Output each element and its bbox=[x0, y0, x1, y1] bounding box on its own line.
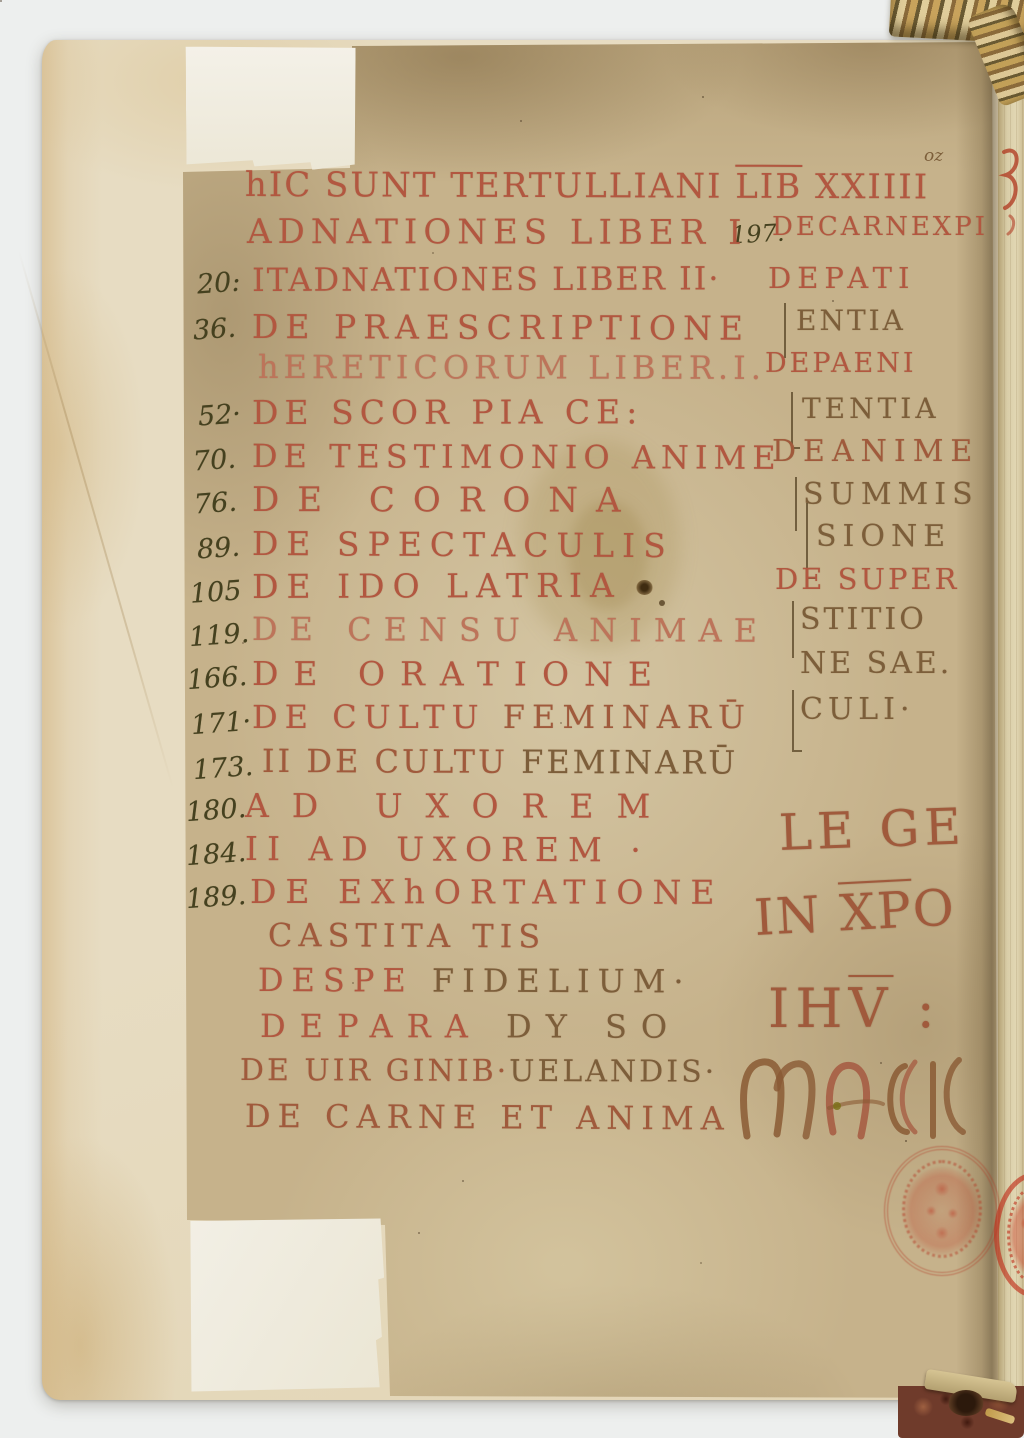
text-segment: DE CENSU ANIMAE bbox=[252, 610, 769, 650]
folio-number: 166. bbox=[186, 663, 248, 694]
text-segment: ADNATIONES LIBER I bbox=[247, 212, 748, 253]
text-segment: II DE CULTU bbox=[262, 742, 521, 781]
marginal-inscription: LE GE bbox=[778, 801, 967, 857]
right-margin-gloss: DEPAENI bbox=[765, 350, 917, 377]
manuscript-photo: oz 197. hIC SUNT TERTULLIANI LIB XXIIIIA… bbox=[0, 0, 1024, 1438]
text-segment: DE ORATIONE bbox=[252, 654, 667, 694]
right-margin-gloss: DEANIME bbox=[772, 437, 979, 467]
text-segment: CULI· bbox=[800, 692, 915, 727]
text-segment: DE CORONA bbox=[252, 480, 639, 521]
text-segment: FIDELIUM· bbox=[432, 962, 692, 1001]
text-segment: II AD UXOREM · bbox=[245, 829, 650, 869]
toc-entry-line: AD UXOREM bbox=[245, 789, 673, 823]
toc-entry-line: DE PRAESCRIPTIONE bbox=[252, 310, 750, 345]
library-stamp bbox=[884, 1146, 1000, 1276]
text-segment: DE CARNE ET ANIMA bbox=[245, 1097, 731, 1138]
tie-bracket bbox=[795, 477, 797, 531]
right-margin-gloss: TENTIA bbox=[802, 395, 940, 423]
text-segment: FEMINARŪ bbox=[503, 698, 752, 736]
folio-number: 171· bbox=[190, 708, 252, 739]
toc-entry-line: DE CARNE ET ANIMA bbox=[245, 1100, 731, 1135]
folio-number: 173. bbox=[192, 753, 254, 784]
text-segment: DE SPECTACULIS bbox=[252, 524, 674, 565]
toc-entry-line: hIC SUNT TERTULLIANI LIB XXIIII bbox=[245, 168, 929, 204]
text-segment: ITADNATIONES LIBER II· bbox=[252, 259, 721, 299]
tie-bracket bbox=[792, 601, 794, 658]
toc-entry-line: DE CENSU ANIMAE bbox=[252, 613, 769, 647]
interlaced-monogram bbox=[733, 1048, 973, 1148]
toc-entry-line: II AD UXOREM · bbox=[245, 832, 650, 866]
text-segment: DE EXhORTATIONE bbox=[250, 872, 724, 912]
right-margin-gloss: SIONE bbox=[816, 522, 951, 552]
toc-entry-line: DE CULTU FEMINARŪ bbox=[252, 701, 752, 733]
text-segment: hIC SUNT TERTULLIANI bbox=[245, 165, 735, 207]
toc-entry-line: DE UIR GINIB·UELANDIS· bbox=[240, 1056, 717, 1088]
text-segment: ENTIA bbox=[796, 304, 906, 337]
folio-number: 105 bbox=[189, 577, 242, 608]
text-segment: TENTIA bbox=[802, 392, 940, 425]
right-margin-gloss: STITIO bbox=[800, 605, 927, 635]
tie-bracket bbox=[792, 690, 802, 752]
text-segment: IN bbox=[753, 885, 841, 947]
text-segment: AD UXOREM bbox=[245, 786, 673, 826]
text-segment: DE SCOR PIA CE: bbox=[252, 392, 643, 432]
text-segment: DEANIME bbox=[772, 434, 979, 469]
text-segment: DECARNEXPI bbox=[772, 212, 988, 242]
text-segment: DE TESTIMONIO ANIME bbox=[252, 437, 782, 477]
right-margin-gloss: DE SUPER bbox=[775, 565, 959, 594]
text-segment: NE SAE. bbox=[800, 646, 952, 681]
right-margin-gloss: ENTIA bbox=[796, 307, 906, 335]
toc-entry-line: CASTITA TIS bbox=[268, 919, 546, 952]
text-segment: DE UIR GINIB· bbox=[240, 1053, 509, 1089]
folio-number: 20: bbox=[196, 269, 241, 299]
toc-entry-line: ITADNATIONES LIBER II· bbox=[252, 262, 721, 296]
right-margin-gloss: DEPATI bbox=[768, 264, 915, 293]
text-segment: SUMMIS bbox=[803, 477, 979, 512]
text-segment: V bbox=[848, 977, 893, 1040]
right-margin-gloss: SUMMIS bbox=[803, 480, 979, 510]
text-segment: DY SO bbox=[506, 1007, 681, 1045]
text-segment: FEMINARŪ bbox=[521, 743, 738, 782]
marginal-inscription: IHV : bbox=[768, 982, 941, 1036]
toc-entry-line: II DE CULTU FEMINARŪ bbox=[262, 745, 738, 779]
text-segment: DEPAENI bbox=[765, 348, 917, 379]
folio-number: 52· bbox=[197, 401, 242, 431]
toc-entry-line: DEPARA DY SO bbox=[260, 1010, 681, 1043]
text-segment: SIONE bbox=[816, 519, 951, 554]
folio-number: 76. bbox=[193, 489, 238, 519]
toc-entry-line: DE EXhORTATIONE bbox=[250, 875, 724, 909]
text-segment: DE PRAESCRIPTIONE bbox=[252, 307, 750, 348]
folio-number: 189. bbox=[185, 882, 247, 913]
toc-entry-line: DE SPECTACULIS bbox=[252, 527, 674, 562]
toc-entry-line: DE TESTIMONIO ANIME bbox=[252, 440, 782, 474]
marginal-inscription: IN XPO bbox=[753, 882, 957, 942]
text-segment: UELANDIS· bbox=[509, 1054, 717, 1090]
text-segment: O bbox=[911, 878, 957, 938]
text-layer: oz 197. hIC SUNT TERTULLIANI LIB XXIIIIA… bbox=[0, 0, 1024, 1438]
toc-entry-line: DE ORATIONE bbox=[252, 657, 667, 691]
right-margin-gloss: NE SAE. bbox=[800, 649, 952, 679]
right-margin-gloss: CULI· bbox=[800, 695, 915, 725]
text-segment: CASTITA TIS bbox=[268, 916, 546, 955]
text-segment: DE IDO LATRIA bbox=[252, 566, 622, 606]
text-segment: LIB bbox=[735, 167, 802, 207]
folio-number: 180. bbox=[185, 795, 247, 826]
toc-entry-line: DE CORONA bbox=[252, 483, 639, 518]
toc-entry-line: hERETICORUM LIBER.I. bbox=[258, 351, 766, 384]
text-segment: : bbox=[893, 977, 940, 1040]
folio-number: 89. bbox=[196, 534, 241, 564]
folio-number: 36. bbox=[192, 315, 237, 345]
text-segment: STITIO bbox=[800, 602, 927, 637]
text-segment: IH bbox=[768, 977, 848, 1040]
text-segment: DE CULTU bbox=[252, 698, 503, 736]
folio-number: 70. bbox=[192, 446, 237, 476]
right-margin-gloss: DECARNEXPI bbox=[772, 214, 988, 240]
toc-entry-line: DE IDO LATRIA bbox=[252, 569, 622, 603]
toc-entry-line: DE SCOR PIA CE: bbox=[252, 395, 643, 429]
text-segment: LE GE bbox=[778, 797, 967, 861]
text-segment: DEPATI bbox=[768, 261, 915, 295]
corner-mark: oz bbox=[924, 146, 943, 166]
folio-number: 119. bbox=[188, 620, 250, 651]
text-segment: DESPE bbox=[258, 961, 432, 1000]
text-segment: DE SUPER bbox=[775, 562, 959, 596]
toc-entry-line: DESPE FIDELIUM· bbox=[258, 964, 692, 998]
toc-entry-line: ADNATIONES LIBER I bbox=[247, 215, 748, 250]
text-segment: XXIIII bbox=[802, 167, 929, 207]
text-segment: hERETICORUM LIBER.I. bbox=[258, 348, 766, 387]
folio-number: 184. bbox=[185, 839, 247, 870]
text-segment: DEPARA bbox=[260, 1007, 506, 1045]
text-segment: XP bbox=[838, 881, 914, 943]
